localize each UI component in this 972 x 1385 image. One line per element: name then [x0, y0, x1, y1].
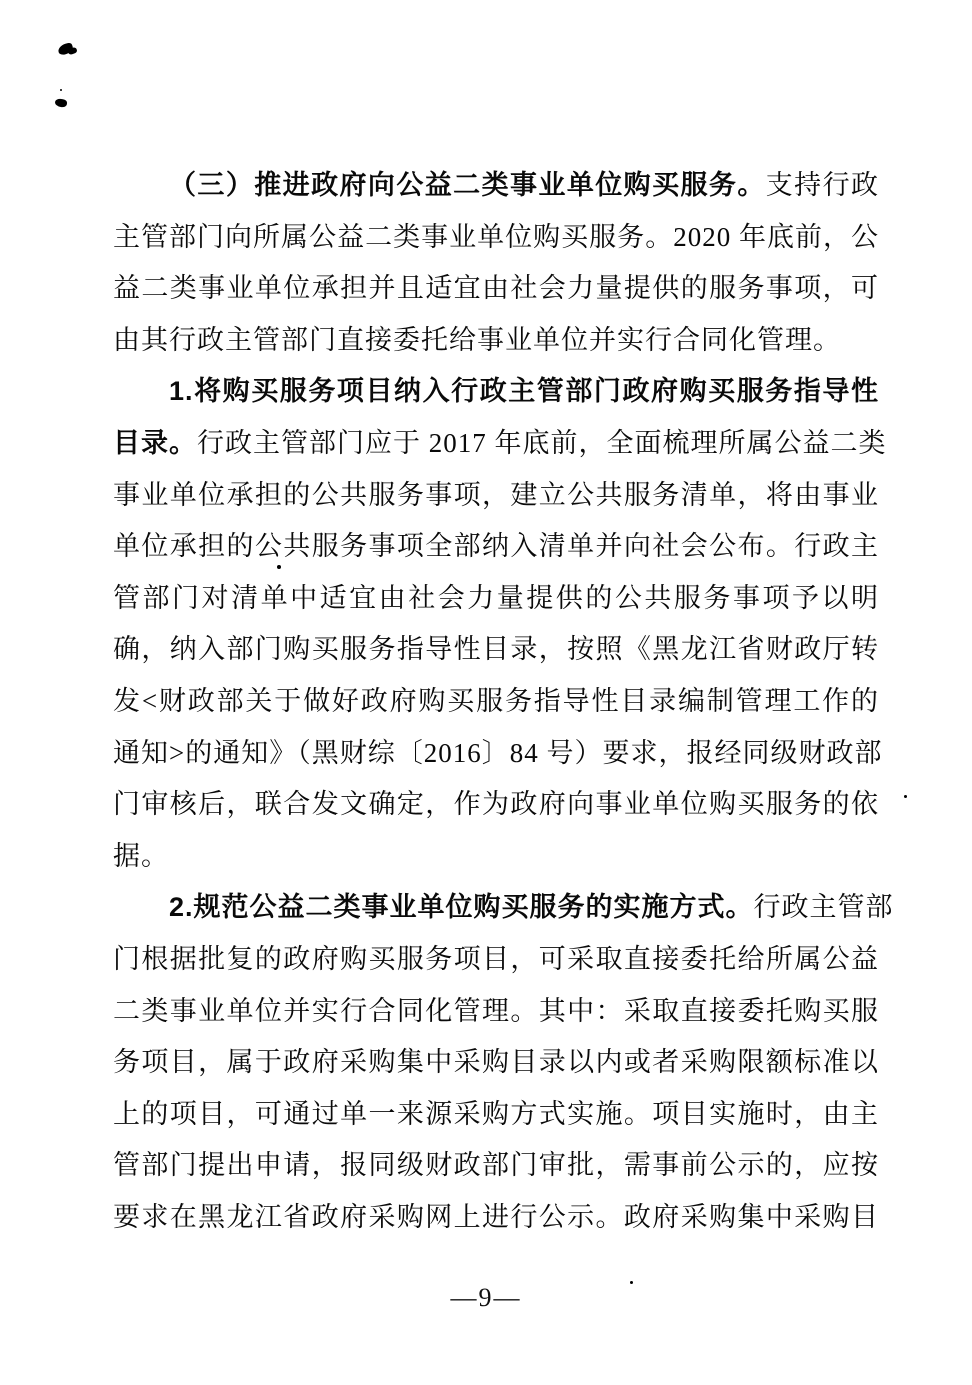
- document-page: （三）推进政府向公益二类事业单位购买服务。支持行政 主管部门向所属公益二类事业单…: [113, 160, 879, 1243]
- text-segment: 益二类事业单位承担并且适宜由社会力量提供的服务事项，可: [113, 273, 879, 303]
- text-line: 管部门对清单中适宜由社会力量提供的公共服务事项予以明: [113, 573, 879, 625]
- text-line: 通知>的通知》（黑财综〔2016〕84 号）要求，报经同级财政部: [113, 728, 879, 780]
- text-segment: 管部门对清单中适宜由社会力量提供的公共服务事项予以明: [113, 583, 879, 613]
- text-line: 确，纳入部门购买服务指导性目录，按照《黑龙江省财政厅转: [113, 624, 879, 676]
- text-line: 据。: [113, 831, 879, 883]
- text-line: 单位承担的公共服务事项全部纳入清单并向社会公布。行政主: [113, 521, 879, 573]
- text-segment: 支持行政: [766, 170, 879, 200]
- text-line: 主管部门向所属公益二类事业单位购买服务。2020 年底前，公: [113, 212, 879, 264]
- text-segment: 务项目，属于政府采购集中采购目录以内或者采购限额标准以: [113, 1047, 879, 1077]
- subsection-heading-segment: 2.规范公益二类事业单位购买服务的实施方式。: [169, 892, 754, 922]
- text-segment: 上的项目，可通过单一来源采购方式实施。项目实施时，由主: [113, 1099, 879, 1129]
- text-line: 目录。行政主管部门应于 2017 年底前，全面梳理所属公益二类: [113, 418, 879, 470]
- text-segment: 单位承担的公共服务事项全部纳入清单并向社会公布。行政主: [113, 531, 879, 561]
- ink-speck: [904, 795, 907, 798]
- text-segment: 由其行政主管部门直接委托给事业单位并实行合同化管理。: [113, 325, 841, 355]
- text-line: （三）推进政府向公益二类事业单位购买服务。支持行政: [113, 160, 879, 212]
- subsection-heading-segment: 目录。: [113, 428, 197, 458]
- text-line: 门根据批复的政府购买服务项目，可采取直接委托给所属公益: [113, 934, 879, 986]
- text-segment: 门审核后，联合发文确定，作为政府向事业单位购买服务的依: [113, 789, 879, 819]
- ink-speck: [55, 98, 68, 108]
- section-heading-segment: （三）推进政府向公益二类事业单位购买服务。: [169, 170, 766, 200]
- text-line: 发<财政部关于做好政府购买服务指导性目录编制管理工作的: [113, 676, 879, 728]
- text-segment: 要求在黑龙江省政府采购网上进行公示。政府采购集中采购目: [113, 1202, 879, 1232]
- ink-speck: [57, 42, 74, 56]
- text-segment: 发<财政部关于做好政府购买服务指导性目录编制管理工作的: [113, 686, 879, 716]
- text-line: 事业单位承担的公共服务事项，建立公共服务清单，将由事业: [113, 470, 879, 522]
- text-segment: 主管部门向所属公益二类事业单位购买服务。2020 年底前，公: [113, 222, 879, 252]
- text-segment: 行政主管部: [754, 892, 894, 922]
- text-line: 由其行政主管部门直接委托给事业单位并实行合同化管理。: [113, 315, 879, 367]
- text-line: 门审核后，联合发文确定，作为政府向事业单位购买服务的依: [113, 779, 879, 831]
- text-line: 益二类事业单位承担并且适宜由社会力量提供的服务事项，可: [113, 263, 879, 315]
- text-segment: 管部门提出申请，报同级财政部门审批，需事前公示的，应按: [113, 1150, 879, 1180]
- text-segment: 门根据批复的政府购买服务项目，可采取直接委托给所属公益: [113, 944, 879, 974]
- text-segment: 确，纳入部门购买服务指导性目录，按照《黑龙江省财政厅转: [113, 634, 879, 664]
- ink-speck: [60, 89, 62, 91]
- subsection-heading-segment: 1.将购买服务项目纳入行政主管部门政府购买服务指导性: [169, 376, 879, 406]
- text-line: 二类事业单位并实行合同化管理。其中：采取直接委托购买服: [113, 986, 879, 1038]
- text-segment: 行政主管部门应于 2017 年底前，全面梳理所属公益二类: [197, 428, 887, 458]
- text-line: 上的项目，可通过单一来源采购方式实施。项目实施时，由主: [113, 1089, 879, 1141]
- text-line: 要求在黑龙江省政府采购网上进行公示。政府采购集中采购目: [113, 1192, 879, 1244]
- text-line: 1.将购买服务项目纳入行政主管部门政府购买服务指导性: [113, 366, 879, 418]
- text-segment: 二类事业单位并实行合同化管理。其中：采取直接委托购买服: [113, 996, 879, 1026]
- page-number: —9—: [0, 1283, 972, 1313]
- text-segment: 据。: [113, 841, 169, 871]
- text-segment: 通知>的通知》（黑财综〔2016〕84 号）要求，报经同级财政部: [113, 738, 882, 768]
- text-line: 2.规范公益二类事业单位购买服务的实施方式。行政主管部: [113, 882, 879, 934]
- text-line: 管部门提出申请，报同级财政部门审批，需事前公示的，应按: [113, 1140, 879, 1192]
- text-line: 务项目，属于政府采购集中采购目录以内或者采购限额标准以: [113, 1037, 879, 1089]
- text-segment: 事业单位承担的公共服务事项，建立公共服务清单，将由事业: [113, 480, 879, 510]
